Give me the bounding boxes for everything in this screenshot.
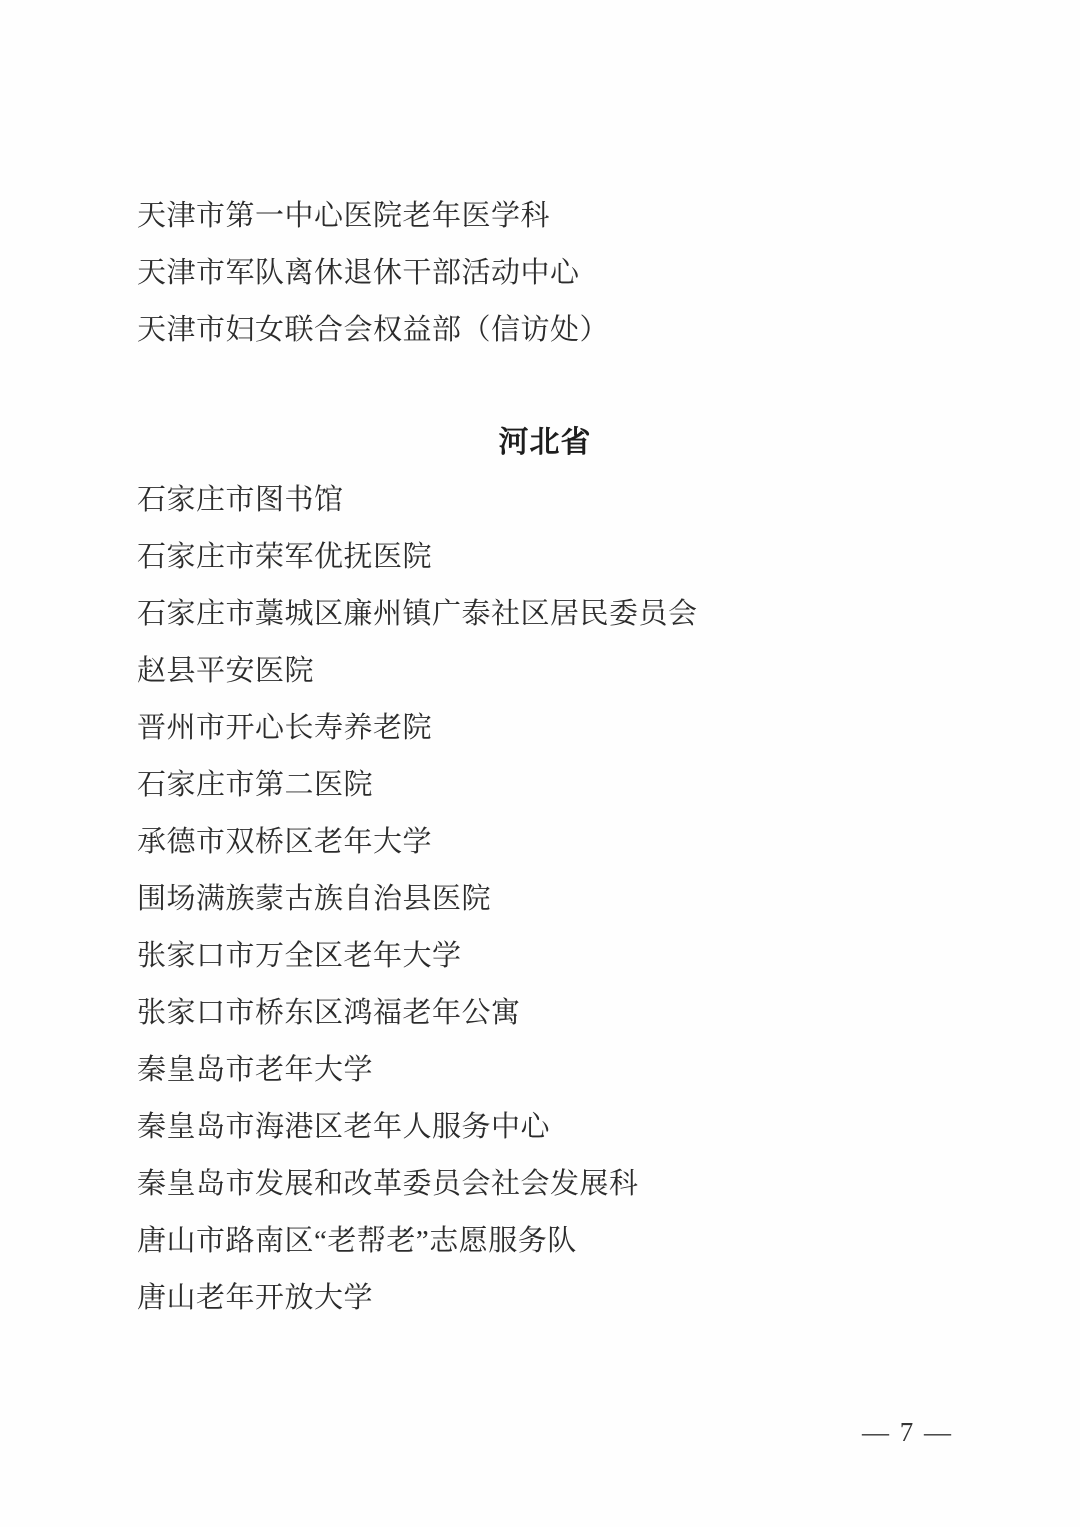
page-number: — 7 — [862, 1412, 953, 1452]
org-list-item-hebei: 石家庄市图书馆 [137, 472, 953, 529]
org-list-item-hebei: 唐山老年开放大学 [137, 1270, 953, 1327]
org-list-item-hebei: 秦皇岛市发展和改革委员会社会发展科 [137, 1156, 953, 1213]
org-list-item-tianjin: 天津市妇女联合会权益部（信访处） [137, 302, 953, 359]
org-list-item-hebei: 秦皇岛市老年大学 [137, 1042, 953, 1099]
org-list-item-hebei: 承德市双桥区老年大学 [137, 814, 953, 871]
org-list-item-hebei: 唐山市路南区“老帮老”志愿服务队 [137, 1213, 953, 1270]
org-list-item-hebei: 石家庄市第二医院 [137, 757, 953, 814]
org-list-item-hebei: 秦皇岛市海港区老年人服务中心 [137, 1099, 953, 1156]
document-text-block: 天津市第一中心医院老年医学科 天津市军队离休退休干部活动中心 天津市妇女联合会权… [137, 188, 953, 1327]
org-list-item-tianjin: 天津市军队离休退休干部活动中心 [137, 245, 953, 302]
org-list-item-hebei: 晋州市开心长寿养老院 [137, 700, 953, 757]
org-list-item-tianjin: 天津市第一中心医院老年医学科 [137, 188, 953, 245]
document-page: 天津市第一中心医院老年医学科 天津市军队离休退休干部活动中心 天津市妇女联合会权… [0, 0, 1080, 1527]
section-heading-hebei: 河北省 [137, 414, 953, 472]
org-list-item-hebei: 张家口市桥东区鸿福老年公寓 [137, 985, 953, 1042]
org-list-item-hebei: 石家庄市荣军优抚医院 [137, 529, 953, 586]
blank-line-spacer [137, 359, 953, 414]
org-list-item-hebei: 赵县平安医院 [137, 643, 953, 700]
org-list-item-hebei: 石家庄市藁城区廉州镇广泰社区居民委员会 [137, 586, 953, 643]
org-list-item-hebei: 张家口市万全区老年大学 [137, 928, 953, 985]
org-list-item-hebei: 围场满族蒙古族自治县医院 [137, 871, 953, 928]
